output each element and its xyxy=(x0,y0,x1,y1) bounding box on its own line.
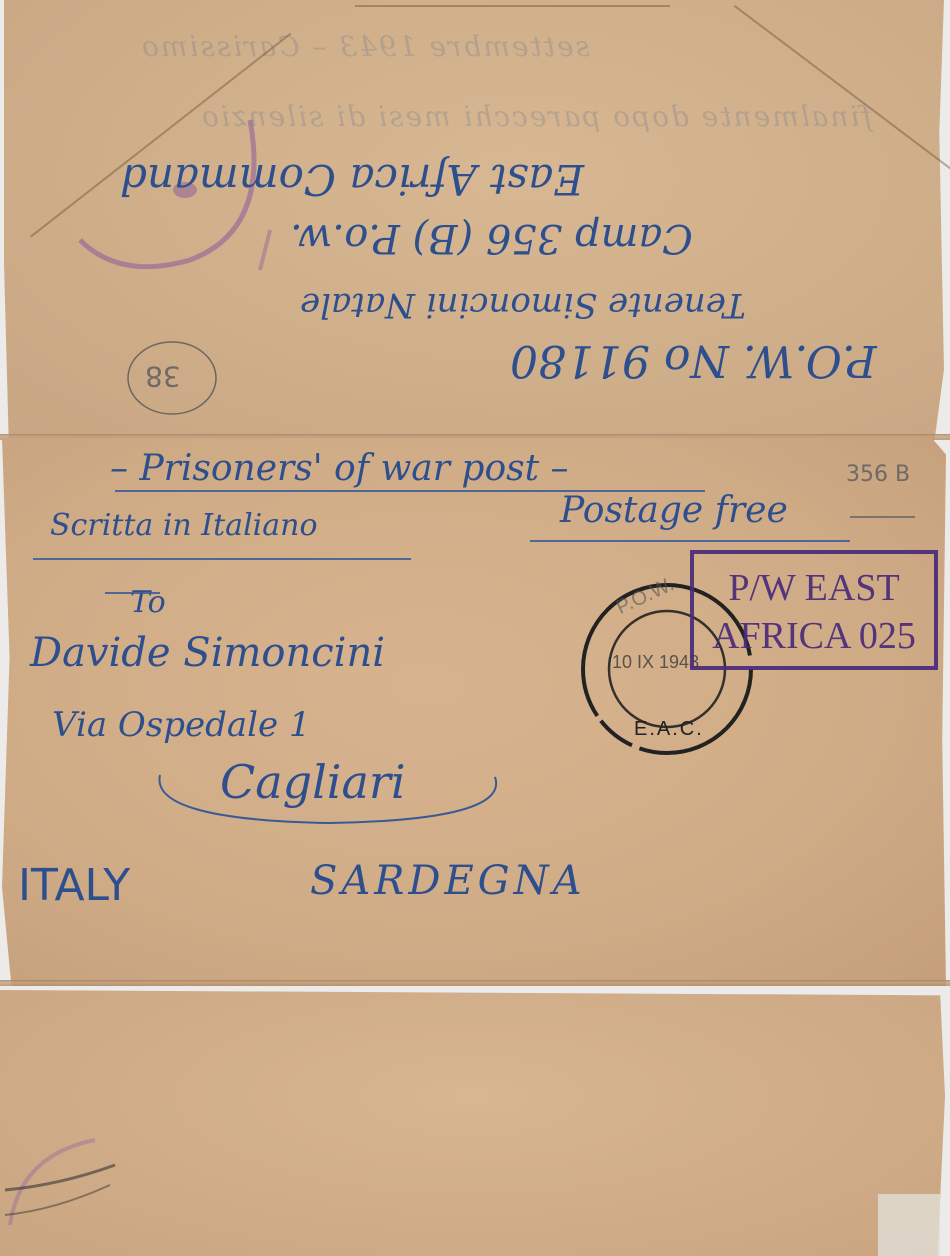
postmark-bottom-text: E.A.C. xyxy=(634,718,704,741)
tape-patch xyxy=(878,1194,940,1256)
recipient-country: ITALY xyxy=(18,860,130,911)
pencil-camp-note: 356 B xyxy=(846,462,910,487)
recipient-street: Via Ospedale 1 xyxy=(52,705,311,745)
bleed-through-text: finalmente dopo parecchi mesi di silenzi… xyxy=(200,100,872,133)
language-note: Scritta in Italiano xyxy=(50,508,318,543)
pow-post-header: – Prisoners' of war post – xyxy=(110,448,569,489)
sender-camp-line: Camp 356 (B) P.o.w. xyxy=(290,215,693,261)
pencil-note-underline xyxy=(850,516,915,518)
city-underline-swoosh-icon xyxy=(150,765,510,835)
postage-underline xyxy=(530,540,850,542)
censor-stamp-line1: P/W EAST xyxy=(694,564,934,612)
to-label: To xyxy=(130,585,166,620)
postage-free-note: Postage free xyxy=(560,490,788,531)
letter-sheet: settembre 1943 – Carissimo finalmente do… xyxy=(0,0,950,1256)
partial-postmark-icon xyxy=(0,1130,140,1256)
sender-command-line: East Africa Command xyxy=(120,155,584,204)
language-note-underline xyxy=(33,558,411,560)
bottom-panel xyxy=(0,990,945,1256)
flap-top-edge xyxy=(355,5,670,7)
recipient-name: Davide Simoncini xyxy=(30,630,385,676)
to-overline xyxy=(105,592,160,594)
postmark-date: 10 IX 1943 xyxy=(612,652,699,673)
sender-pow-number: P.O.W. No 91180 xyxy=(510,335,877,386)
circled-pencil-number: 38 xyxy=(145,360,181,393)
recipient-region: SARDEGNA xyxy=(310,858,586,904)
censor-stamp-line2: AFRICA 025 xyxy=(694,612,934,660)
fold-crease-lower xyxy=(0,980,950,986)
sender-name-line: Tenente Simoncini Natale xyxy=(300,285,746,325)
censor-stamp: P/W EAST AFRICA 025 xyxy=(690,550,938,670)
bleed-through-text: settembre 1943 – Carissimo xyxy=(140,30,590,63)
